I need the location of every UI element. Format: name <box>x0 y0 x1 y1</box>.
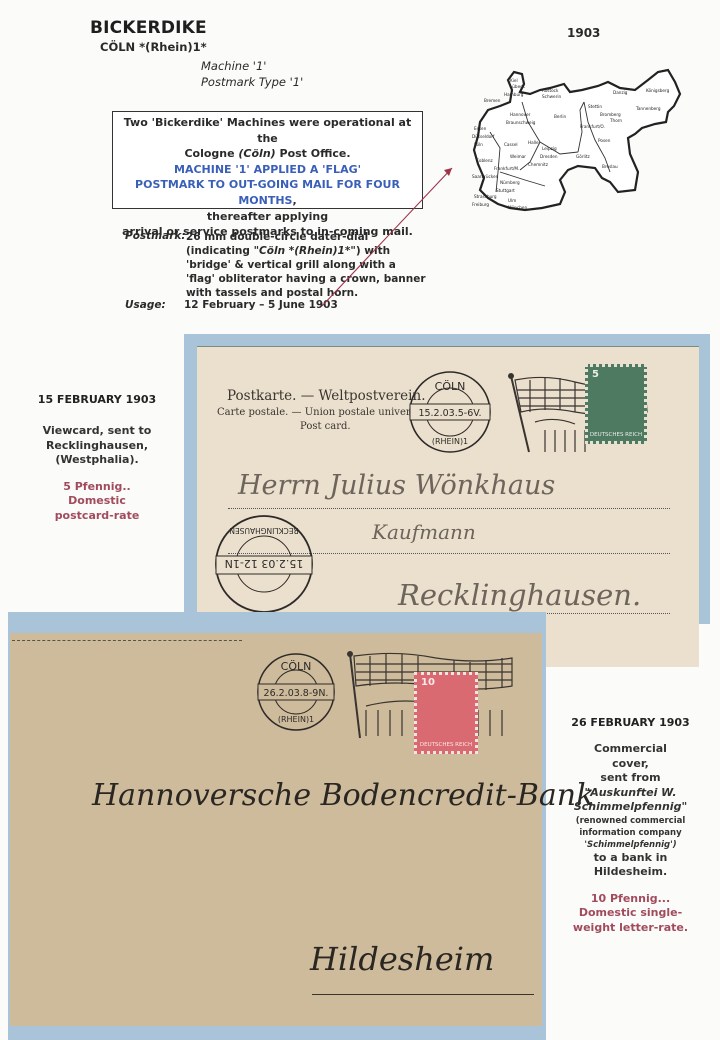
svg-text:RECKLINGHAUSEN: RECKLINGHAUSEN <box>229 526 298 535</box>
address-name: Herrn Julius Wönkhaus <box>238 470 555 501</box>
cover-underline <box>312 994 534 995</box>
svg-text:(RHEIN)1: (RHEIN)1 <box>278 715 314 724</box>
svg-text:Bromberg: Bromberg <box>600 112 621 117</box>
svg-text:Königsberg: Königsberg <box>646 88 670 93</box>
svg-text:(RHEIN)1: (RHEIN)1 <box>432 437 468 446</box>
postcard-subtitle: Carte postale. — Union postale universel… <box>217 407 437 418</box>
svg-text:Posen: Posen <box>598 138 611 143</box>
svg-text:Essen: Essen <box>474 126 487 131</box>
svg-text:Nürnberg: Nürnberg <box>500 180 520 185</box>
postmark-description: 26 mm double-circle dater-dial (indicati… <box>186 230 426 300</box>
machine-info: Machine '1' Postmark Type '1' <box>201 58 303 90</box>
item2-caption: 26 FEBRUARY 1903 Commercialcover,sent fr… <box>548 716 713 935</box>
info-line: thereafter applying <box>113 209 422 225</box>
item2-destination: to a bank inHildesheim. <box>548 851 713 880</box>
svg-text:Bremen: Bremen <box>484 98 501 103</box>
info-line-highlight: POSTMARK TO OUT-GOING MAIL FOR FOUR MONT… <box>113 177 422 208</box>
germany-map: KielLübeckHamburg RostockSchwerinBremen … <box>470 62 695 212</box>
svg-text:Cassel: Cassel <box>504 142 518 147</box>
stamp-5-pfennig: 5 DEUTSCHES REICH <box>585 364 647 444</box>
svg-text:Düsseldorf: Düsseldorf <box>472 134 495 139</box>
svg-text:Halle: Halle <box>528 140 539 145</box>
address-city: Recklinghausen. <box>398 578 641 612</box>
svg-text:CÖLN: CÖLN <box>435 380 466 393</box>
svg-text:Thorn: Thorn <box>609 118 622 123</box>
item2-description: Commercialcover,sent from "Auskunftei W.… <box>548 742 713 815</box>
svg-text:Stettin: Stettin <box>588 104 602 109</box>
postcard-title: Postkarte. — Weltpostverein. <box>227 388 425 404</box>
coln-postmark-cover: CÖLN 26.2.03.8-9N. (RHEIN)1 <box>254 650 338 734</box>
usage-dates: 12 February – 5 June 1903 <box>184 299 338 311</box>
svg-text:Braunschweig: Braunschweig <box>506 120 536 125</box>
svg-text:Hannover: Hannover <box>510 112 531 117</box>
svg-text:Berlin: Berlin <box>554 114 566 119</box>
svg-text:Kiel: Kiel <box>510 78 518 83</box>
svg-text:Görlitz: Görlitz <box>576 154 590 159</box>
address-line <box>228 508 670 509</box>
svg-text:CÖLN: CÖLN <box>281 660 312 673</box>
stamp-10-pfennig: 10 DEUTSCHES REICH <box>414 672 478 754</box>
svg-text:Breslau: Breslau <box>602 164 618 169</box>
svg-text:Saarbrücken: Saarbrücken <box>472 174 499 179</box>
svg-text:Rostock: Rostock <box>542 88 559 93</box>
info-box: Two 'Bickerdike' Machines were operation… <box>112 111 423 209</box>
item1-description: Viewcard, sent toRecklinghausen,(Westpha… <box>22 424 172 468</box>
svg-text:26.2.03.8-9N.: 26.2.03.8-9N. <box>264 688 329 699</box>
address-occupation: Kaufmann <box>372 520 476 544</box>
usage-label: Usage: <box>125 299 166 311</box>
postmark-label: Postmark: <box>125 230 186 242</box>
year-label: 1903 <box>567 26 600 40</box>
machine-number: Machine '1' <box>201 58 303 74</box>
svg-text:Danzig: Danzig <box>613 90 628 95</box>
svg-text:Lübeck: Lübeck <box>510 84 525 89</box>
svg-text:Köln: Köln <box>474 142 483 147</box>
info-line-highlight: MACHINE '1' APPLIED A 'FLAG' <box>113 162 422 178</box>
page-title: BICKERDIKE <box>90 18 207 38</box>
svg-text:Tannenberg: Tannenberg <box>635 106 661 111</box>
svg-text:Stuttgart: Stuttgart <box>496 188 515 193</box>
svg-text:München: München <box>508 205 527 210</box>
svg-text:Weimar: Weimar <box>510 154 526 159</box>
svg-text:Frankfurt/O.: Frankfurt/O. <box>580 124 605 129</box>
item1-date: 15 FEBRUARY 1903 <box>22 393 172 406</box>
svg-text:Coblenz: Coblenz <box>476 158 494 163</box>
cover-address-name: Hannoversche Bodencredit-Bank <box>92 778 594 813</box>
cover-torn-edge <box>12 640 242 641</box>
item1-rate: 5 Pfennig..Domesticpostcard-rate <box>22 480 172 524</box>
svg-text:Frankfurt/M.: Frankfurt/M. <box>494 166 519 171</box>
svg-text:Freiburg: Freiburg <box>472 202 489 207</box>
item1-caption: 15 FEBRUARY 1903 Viewcard, sent toReckli… <box>22 393 172 523</box>
svg-text:Leipzig: Leipzig <box>542 146 557 151</box>
item2-note: (renowned commercialinformation company'… <box>548 815 713 851</box>
svg-text:Dresden: Dresden <box>540 154 558 159</box>
coln-postmark-card: CÖLN 15.2.03.5-6V. (RHEIN)1 <box>406 368 494 456</box>
item2-rate: 10 Pfennig...Domestic single-weight lett… <box>548 892 713 936</box>
info-line: Two 'Bickerdike' Machines were operation… <box>113 115 422 146</box>
svg-text:Hamburg: Hamburg <box>504 92 524 97</box>
postmark-town: CÖLN *(Rhein)1* <box>100 40 207 54</box>
item2-date: 26 FEBRUARY 1903 <box>548 716 713 729</box>
postmark-type: Postmark Type '1' <box>201 74 303 90</box>
svg-text:Strassburg: Strassburg <box>474 194 497 199</box>
info-line: Cologne (Cöln) Post Office. <box>113 146 422 162</box>
svg-text:Chemnitz: Chemnitz <box>528 162 549 167</box>
svg-text:15.2.03.5-6V.: 15.2.03.5-6V. <box>418 408 481 419</box>
recklinghausen-postmark: 15.2.03 12-1N RECKLINGHAUSEN <box>212 512 316 616</box>
svg-text:Schwerin: Schwerin <box>542 94 562 99</box>
svg-text:Ulm: Ulm <box>508 198 516 203</box>
svg-text:15.2.03 12-1N: 15.2.03 12-1N <box>225 557 304 570</box>
postcard-subtitle-en: Post card. <box>300 421 351 432</box>
cover-address-city: Hildesheim <box>310 940 494 978</box>
